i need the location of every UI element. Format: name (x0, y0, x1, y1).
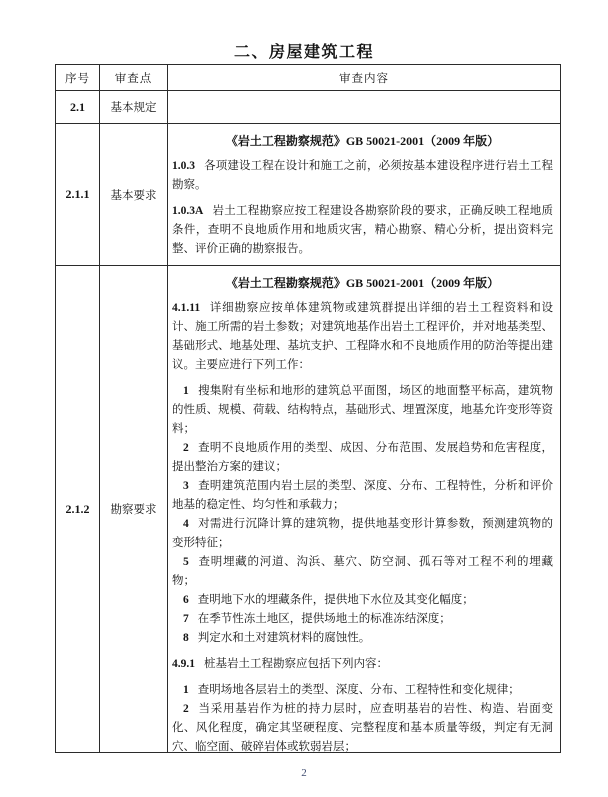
review-table: 序号 审查点 审查内容 2.1 基本规定 2.1.1 基本要求 《岩土工程勘察规… (55, 64, 561, 753)
clause-item: 7在季节性冻土地区，提供场地土的标准冻结深度； (172, 610, 553, 629)
table-header-review-point: 审查点 (99, 65, 167, 90)
clause-paragraph: 1.0.3A岩土工程勘察应按工程建设各勘察阶段的要求，正确反映工程地质条件，查明… (172, 202, 553, 259)
clause-number: 4.1.11 (172, 302, 200, 314)
clause-paragraph: 4.9.1桩基岩土工程勘察应包括下列内容： (172, 655, 553, 674)
clause-number: 8 (183, 632, 189, 644)
clause-number: 2 (183, 442, 189, 454)
row-review-content: 《岩土工程勘察规范》GB 50021-2001（2009 年版）4.1.11详细… (167, 265, 560, 752)
document-page: 二、房屋建筑工程 序号 审查点 审查内容 2.1 基本规定 2.1.1 基本要求… (0, 0, 608, 797)
row-review-content: 《岩土工程勘察规范》GB 50021-2001（2009 年版）1.0.3各项建… (167, 123, 560, 265)
clause-item: 2当采用基岩作为桩的持力层时，应查明基岩的岩性、构造、岩面变化、风化程度，确定其… (172, 700, 553, 752)
clause-paragraph: 4.1.11详细勘察应按单体建筑物或建筑群提出详细的岩土工程资料和设计、施工所需… (172, 299, 553, 375)
clause-number: 6 (183, 594, 189, 606)
row-id: 2.1.1 (56, 123, 99, 265)
clause-number: 4.9.1 (172, 658, 195, 670)
clause-number: 3 (183, 480, 189, 492)
clause-item: 6查明地下水的埋藏条件，提供地下水位及其变化幅度； (172, 591, 553, 610)
clause-number: 1 (183, 385, 189, 397)
clause-number: 1 (183, 684, 189, 696)
standard-title: 《岩土工程勘察规范》GB 50021-2001（2009 年版） (172, 275, 553, 292)
clause-item: 2查明不良地质作用的类型、成因、分布范围、发展趋势和危害程度，提出整治方案的建议… (172, 439, 553, 477)
clause-item: 4对需进行沉降计算的建筑物，提供地基变形计算参数，预测建筑物的变形特征； (172, 515, 553, 553)
table-header-review-content: 审查内容 (167, 65, 560, 90)
clause-number: 5 (183, 556, 189, 568)
clause-number: 1.0.3A (172, 205, 203, 217)
row-id: 2.1 (56, 90, 99, 123)
row-review-point: 基本要求 (99, 123, 167, 265)
row-review-point: 基本规定 (99, 90, 167, 123)
row-review-content (167, 90, 560, 123)
row-id: 2.1.2 (56, 265, 99, 752)
clause-item: 1搜集附有坐标和地形的建筑总平面图，场区的地面整平标高，建筑物的性质、规模、荷载… (172, 382, 553, 439)
clause-item: 1查明场地各层岩土的类型、深度、分布、工程特性和变化规律； (172, 681, 553, 700)
clause-number: 1.0.3 (172, 160, 195, 172)
clause-number: 4 (183, 518, 189, 530)
clause-number: 7 (183, 613, 189, 625)
clause-item: 8判定水和土对建筑材料的腐蚀性。 (172, 629, 553, 648)
clause-paragraph: 1.0.3各项建设工程在设计和施工之前，必须按基本建设程序进行岩土工程勘察。 (172, 157, 553, 195)
clause-number: 2 (183, 703, 189, 715)
standard-title: 《岩土工程勘察规范》GB 50021-2001（2009 年版） (172, 133, 553, 150)
row-review-point: 勘察要求 (99, 265, 167, 752)
page-title: 二、房屋建筑工程 (0, 39, 608, 62)
clause-item: 5查明埋藏的河道、沟浜、墓穴、防空洞、孤石等对工程不利的埋藏物； (172, 553, 553, 591)
clause-item: 3查明建筑范围内岩土层的类型、深度、分布、工程特性，分析和评价地基的稳定性、均匀… (172, 477, 553, 515)
page-number: 2 (0, 767, 608, 779)
table-header-serial: 序号 (56, 65, 99, 90)
